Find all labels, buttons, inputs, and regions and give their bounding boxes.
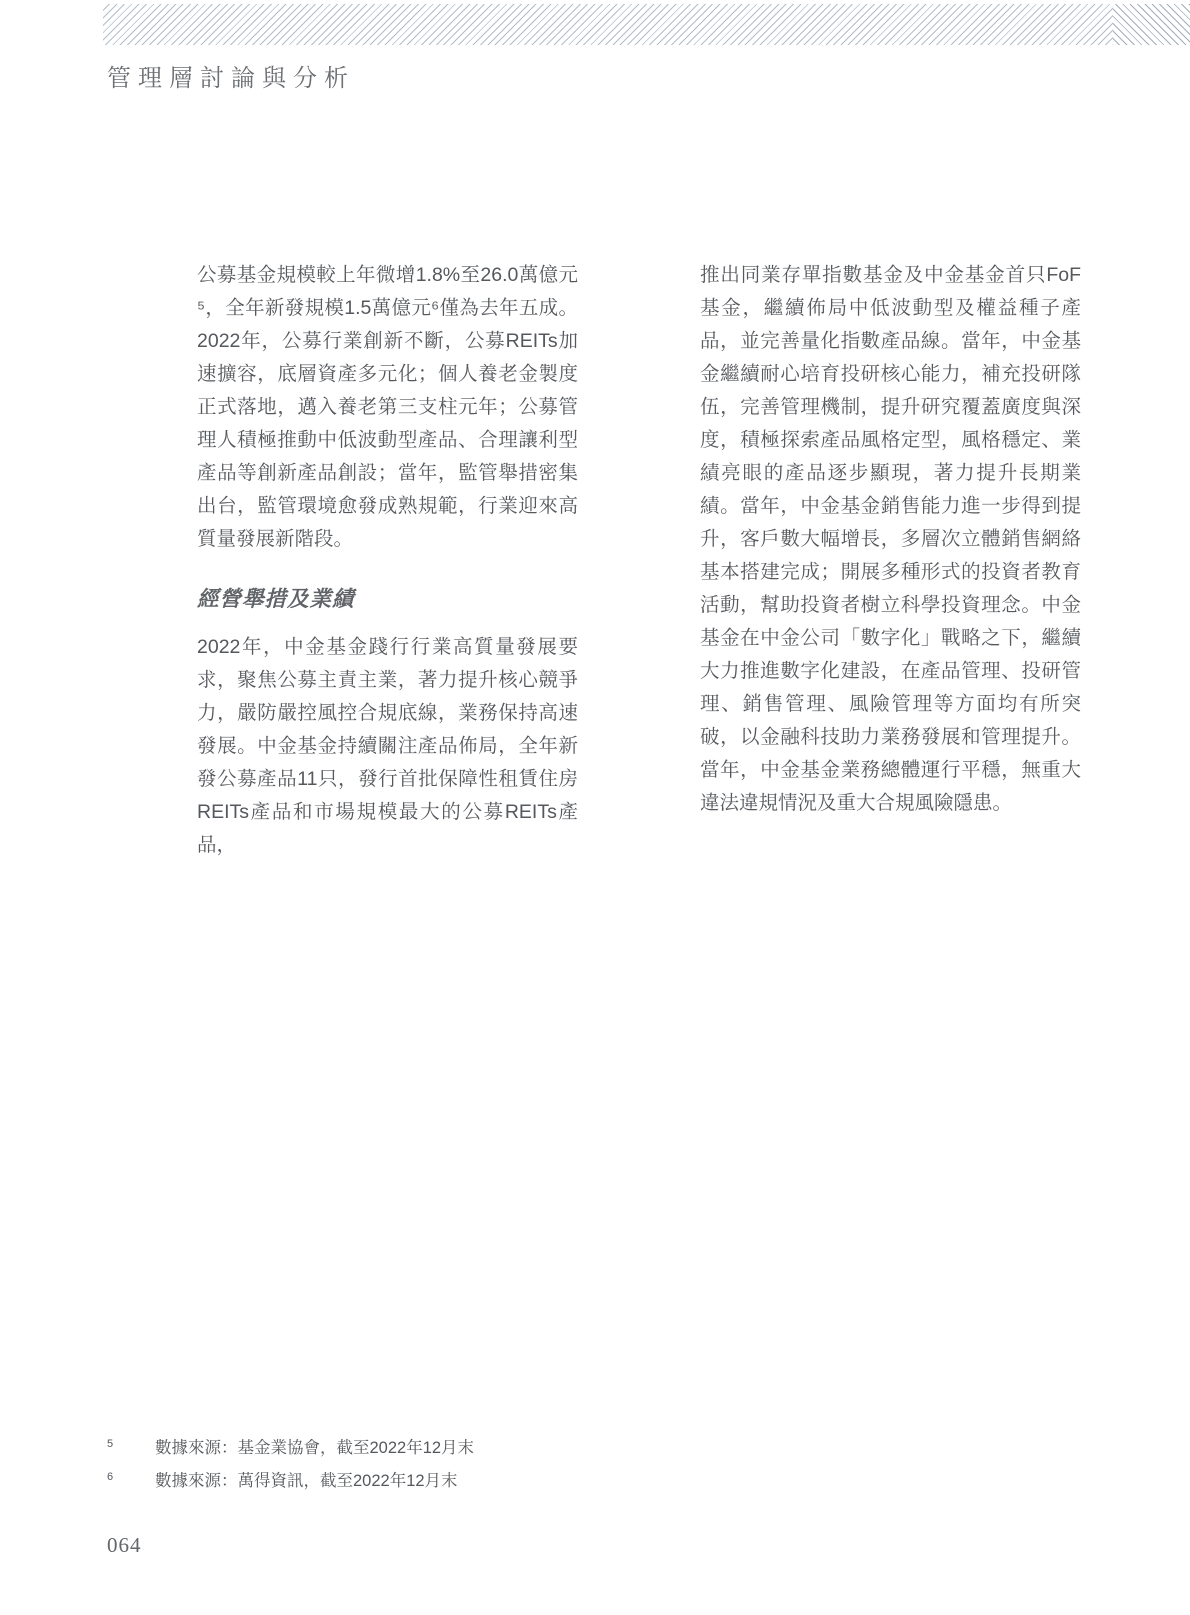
section-heading: 經營舉措及業績 <box>197 583 578 616</box>
right-paragraph-1: 推出同業存單指數基金及中金基金首只FoF基金，繼續佈局中低波動型及權益種子產品，… <box>700 259 1081 820</box>
footnote-6-text: 數據來源：萬得資訊，截至2022年12月末 <box>155 1469 458 1493</box>
hatch-pattern-forward <box>103 4 1113 45</box>
footnotes: 5 數據來源：基金業協會，截至2022年12月末 6 數據來源：萬得資訊，截至2… <box>107 1436 474 1502</box>
running-head-title: 管理層討論與分析 <box>107 58 355 93</box>
left-paragraph-1: 公募基金規模較上年微增1.8%至26.0萬億元⁵，全年新發規模1.5萬億元⁶僅為… <box>197 259 578 556</box>
left-column: 公募基金規模較上年微增1.8%至26.0萬億元⁵，全年新發規模1.5萬億元⁶僅為… <box>197 259 578 862</box>
footnote-6: 6 數據來源：萬得資訊，截至2022年12月末 <box>107 1469 474 1502</box>
report-page: 管理層討論與分析 公募基金規模較上年微增1.8%至26.0萬億元⁵，全年新發規模… <box>0 0 1190 1615</box>
right-column: 推出同業存單指數基金及中金基金首只FoF基金，繼續佈局中低波動型及權益種子產品，… <box>700 259 1081 862</box>
footnote-5: 5 數據來源：基金業協會，截至2022年12月末 <box>107 1436 474 1469</box>
hatch-banner <box>103 4 1190 45</box>
footnote-5-marker: 5 <box>107 1436 155 1450</box>
left-paragraph-2: 2022年，中金基金踐行行業高質量發展要求，聚焦公募主責主業，著力提升核心競爭力… <box>197 631 578 862</box>
page-number: 064 <box>107 1533 142 1558</box>
footnote-5-text: 數據來源：基金業協會，截至2022年12月末 <box>155 1436 474 1460</box>
hatch-pattern-backward <box>1113 4 1190 45</box>
body-columns: 公募基金規模較上年微增1.8%至26.0萬億元⁵，全年新發規模1.5萬億元⁶僅為… <box>197 259 1081 862</box>
footnote-6-marker: 6 <box>107 1469 155 1483</box>
